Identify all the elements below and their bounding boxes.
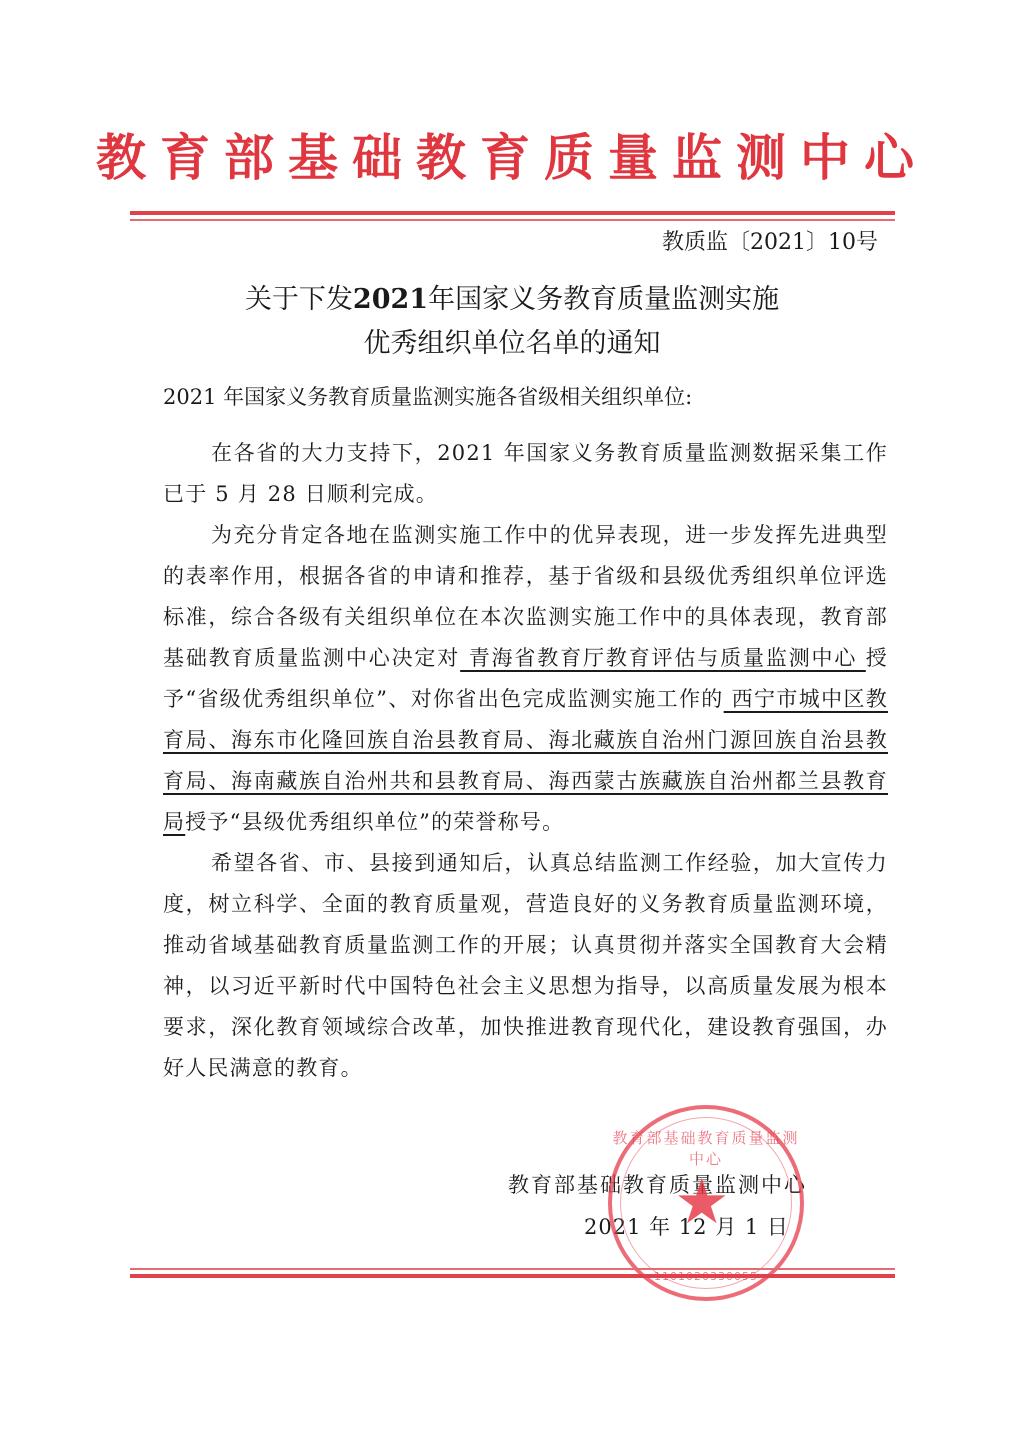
document-number: 教质监〔2021〕10号 — [662, 228, 878, 258]
document-title: 关于下发2021年国家义务教育质量监测实施 优秀组织单位名单的通知 — [0, 278, 1024, 366]
title-year: 2021 — [353, 284, 428, 315]
footer-rule-thick — [130, 1274, 895, 1278]
official-seal: 教育部基础教育质量监测中心 ★ 1101020330055 — [608, 1105, 804, 1301]
paragraph-2-text-c: 授予“县级优秀组织单位”的荣誉称号。 — [185, 810, 564, 834]
provincial-award-unit: 青海省教育厅教育评估与质量监测中心 — [460, 646, 866, 670]
title-prefix: 关于下发 — [245, 284, 353, 315]
document-body: 在各省的大力支持下，2021 年国家义务教育质量监测数据采集工作已于 5 月 2… — [163, 433, 888, 1089]
addressee: 2021 年国家义务教育质量监测实施各省级相关组织单位: — [163, 382, 692, 412]
paragraph-3: 希望各省、市、县接到通知后，认真总结监测工作经验，加大宣传力度，树立科学、全面的… — [163, 843, 888, 1089]
header-rule-thick — [130, 211, 895, 215]
paragraph-2: 为充分肯定各地在监测实施工作中的优异表现，进一步发挥先进典型的表率作用，根据各省… — [163, 515, 888, 843]
seal-text: 教育部基础教育质量监测中心 — [612, 1127, 800, 1169]
star-icon: ★ — [674, 1171, 730, 1233]
title-suffix: 年国家义务教育质量监测实施 — [428, 284, 779, 315]
masthead-org-name: 教育部基础教育质量监测中心 — [0, 128, 1024, 188]
title-line-1: 关于下发2021年国家义务教育质量监测实施 — [0, 278, 1024, 322]
footer-rule-thin — [130, 1268, 895, 1270]
title-line-2: 优秀组织单位名单的通知 — [0, 322, 1024, 366]
header-rule-thin — [130, 219, 895, 221]
paragraph-1: 在各省的大力支持下，2021 年国家义务教育质量监测数据采集工作已于 5 月 2… — [163, 433, 888, 515]
